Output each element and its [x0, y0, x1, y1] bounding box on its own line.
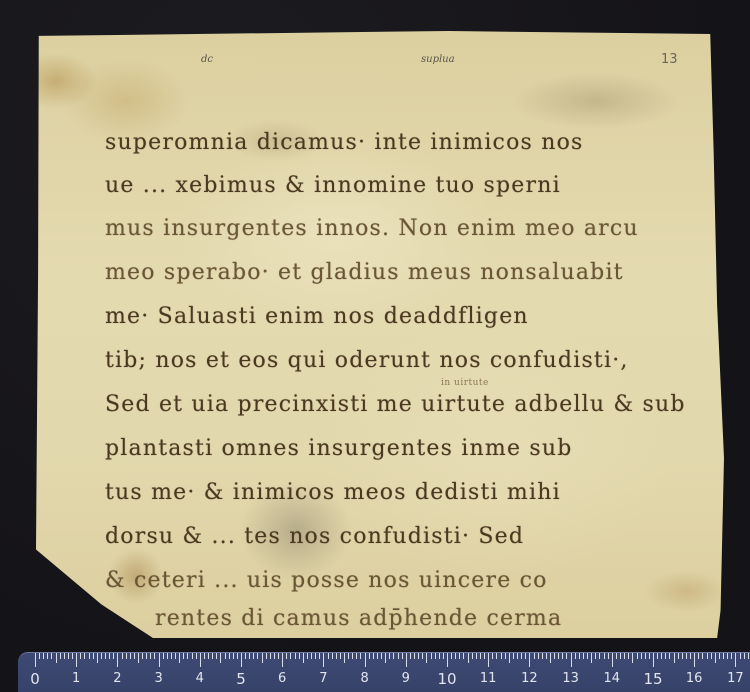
ruler-tick: [744, 653, 745, 659]
ruler-tick: [340, 653, 341, 659]
ruler-label: 17: [727, 671, 744, 686]
ruler-tick: [60, 653, 61, 659]
ruler-tick: [719, 653, 720, 659]
ruler-label: 0: [30, 670, 40, 688]
ruler-tick: [241, 653, 242, 667]
ruler-tick: [179, 653, 180, 663]
ruler-tick: [649, 653, 650, 659]
ruler-tick: [546, 653, 547, 659]
manuscript-line-9: tus me· & inimicos meos dedisti mihi: [105, 480, 561, 505]
ruler-tick: [748, 653, 749, 659]
manuscript-line-2: ue ... xebimus & innomine tuo sperni: [105, 173, 561, 198]
ruler-tick: [505, 653, 506, 659]
ruler-tick: [220, 653, 221, 663]
ruler-tick: [385, 653, 386, 663]
ruler-tick: [731, 653, 732, 659]
ruler-tick: [414, 653, 415, 659]
ruler-tick: [332, 653, 333, 659]
manuscript-line-10: dorsu & ... tes nos confudisti· Sed: [105, 524, 524, 549]
ruler-tick: [496, 653, 497, 659]
ruler-tick: [229, 653, 230, 659]
ruler-label: 6: [278, 671, 286, 686]
ruler-tick: [480, 653, 481, 659]
ruler-tick: [641, 653, 642, 659]
ruler-tick: [278, 653, 279, 659]
ruler-tick: [154, 653, 155, 659]
ruler-tick: [196, 653, 197, 659]
ruler-tick: [595, 653, 596, 659]
manuscript-line-1: superomnia dicamus· inte inimicos nos: [105, 130, 584, 155]
ruler-tick: [711, 653, 712, 659]
ruler-tick: [723, 653, 724, 659]
ruler-tick: [632, 653, 633, 663]
ruler-tick: [262, 653, 263, 663]
ruler-tick: [439, 653, 440, 659]
ruler-tick: [513, 653, 514, 659]
ruler-tick: [253, 653, 254, 659]
ruler-tick: [521, 653, 522, 659]
ruler-tick: [109, 653, 110, 659]
ruler-tick: [398, 653, 399, 659]
ruler-label: 14: [604, 671, 621, 686]
ruler-tick: [426, 653, 427, 663]
ruler-tick: [365, 653, 366, 667]
ruler-tick: [645, 653, 646, 659]
ruler-tick: [653, 653, 654, 667]
ruler-label: 3: [154, 671, 162, 686]
manuscript-line-3: mus insurgentes innos. Non enim meo arcu: [105, 216, 639, 241]
ruler-tick: [604, 653, 605, 659]
ruler-tick: [538, 653, 539, 659]
ruler-tick: [163, 653, 164, 659]
ruler-tick: [200, 653, 201, 667]
ruler-tick: [68, 653, 69, 659]
ruler-tick: [159, 653, 160, 667]
ruler-tick: [698, 653, 699, 659]
ruler-tick: [373, 653, 374, 659]
ruler-tick: [406, 653, 407, 667]
ruler-tick: [402, 653, 403, 659]
ruler-tick: [183, 653, 184, 659]
ruler-label: 8: [360, 671, 368, 686]
ruler-tick: [443, 653, 444, 659]
ruler-tick: [583, 653, 584, 659]
ruler-tick: [468, 653, 469, 663]
ruler-tick: [282, 653, 283, 667]
ruler-tick: [529, 653, 530, 667]
manuscript-line-4: meo sperabo· et gladius meus nonsaluabit: [105, 260, 624, 285]
ruler-tick: [286, 653, 287, 659]
ruler-tick: [608, 653, 609, 659]
ruler-tick: [661, 653, 662, 659]
ruler-tick: [204, 653, 205, 659]
ruler-tick: [735, 653, 736, 667]
ruler-tick: [740, 653, 741, 659]
ruler-tick: [678, 653, 679, 659]
ruler-tick: [674, 653, 675, 663]
ruler-tick: [323, 653, 324, 667]
ruler-tick: [93, 653, 94, 659]
ruler-tick: [377, 653, 378, 659]
ruler-tick: [295, 653, 296, 659]
ruler-tick: [237, 653, 238, 659]
ruler-tick: [463, 653, 464, 659]
ruler-tick: [72, 653, 73, 659]
ruler-tick: [122, 653, 123, 659]
ruler-tick: [566, 653, 567, 659]
ruler-tick: [130, 653, 131, 659]
ruler-label: 12: [521, 671, 538, 686]
ruler-tick: [628, 653, 629, 659]
ruler-tick: [336, 653, 337, 659]
ruler-tick: [484, 653, 485, 659]
ruler-tick: [455, 653, 456, 659]
ruler-tick: [682, 653, 683, 659]
ruler-tick: [56, 653, 57, 663]
ruler-tick: [64, 653, 65, 659]
manuscript-line-5: me· Saluasti enim nos deaddfligen: [105, 304, 529, 329]
ruler-tick: [80, 653, 81, 659]
manuscript-line-11: & ceteri ... uis posse nos uincere co: [105, 568, 548, 593]
ruler-tick: [274, 653, 275, 659]
ruler-tick: [175, 653, 176, 659]
ruler-tick: [488, 653, 489, 667]
ruler-tick: [192, 653, 193, 659]
ruler-tick: [587, 653, 588, 659]
ruler-tick: [101, 653, 102, 659]
ruler-tick: [571, 653, 572, 667]
ruler-tick: [352, 653, 353, 659]
ruler-tick: [637, 653, 638, 659]
ruler-tick: [509, 653, 510, 663]
ruler-tick: [472, 653, 473, 659]
ruler-tick: [344, 653, 345, 663]
ruler-tick: [476, 653, 477, 659]
parchment-fragment: [36, 31, 724, 641]
ruler-tick: [208, 653, 209, 659]
ruler-label: 11: [480, 671, 497, 686]
ruler-tick: [369, 653, 370, 659]
ruler-tick: [447, 653, 448, 667]
ruler-tick: [534, 653, 535, 659]
ruler-tick: [686, 653, 687, 659]
scale-ruler: 01234567891011121314151617: [18, 652, 750, 692]
ruler-tick: [187, 653, 188, 659]
ruler-tick: [620, 653, 621, 659]
pencil-mark-center: suplua: [421, 54, 455, 65]
manuscript-line-8: plantasti omnes insurgentes inme sub: [105, 436, 573, 461]
ruler-tick: [266, 653, 267, 659]
ruler-tick: [459, 653, 460, 659]
ruler-tick: [360, 653, 361, 659]
ruler-tick: [167, 653, 168, 659]
ruler-tick: [389, 653, 390, 659]
ruler-tick: [150, 653, 151, 659]
ruler-tick: [542, 653, 543, 659]
ruler-tick: [435, 653, 436, 659]
ruler-tick: [126, 653, 127, 659]
ruler-tick: [290, 653, 291, 659]
ruler-tick: [562, 653, 563, 659]
ruler-tick: [97, 653, 98, 663]
ruler-tick: [328, 653, 329, 659]
ruler-tick: [51, 653, 52, 659]
ruler-label: 13: [562, 671, 579, 686]
ruler-tick: [270, 653, 271, 659]
ruler-tick: [702, 653, 703, 659]
manuscript-line-6: tib; nos et eos qui oderunt nos confudis…: [105, 348, 629, 373]
ruler-tick: [616, 653, 617, 659]
ruler-tick: [319, 653, 320, 659]
manuscript-line-12: rentes di camus adp̄hende cerma: [155, 606, 562, 631]
ruler-tick: [311, 653, 312, 659]
ruler-tick: [451, 653, 452, 659]
ruler-tick: [216, 653, 217, 659]
ruler-tick: [591, 653, 592, 663]
ruler-tick: [422, 653, 423, 659]
manuscript-line-7: Sed et uia precinxisti me uirtute adbell…: [105, 392, 686, 417]
ruler-tick: [431, 653, 432, 659]
ruler-tick: [138, 653, 139, 663]
ruler-tick: [381, 653, 382, 659]
ruler-tick: [624, 653, 625, 659]
ruler-tick: [257, 653, 258, 659]
ruler-tick: [105, 653, 106, 659]
ruler-tick: [694, 653, 695, 667]
ruler-tick: [307, 653, 308, 659]
ruler-tick: [299, 653, 300, 659]
ruler-tick: [418, 653, 419, 659]
ruler-tick: [525, 653, 526, 659]
ruler-tick: [517, 653, 518, 659]
ruler-label: 7: [319, 671, 327, 686]
ruler-tick: [134, 653, 135, 659]
ruler-label: 2: [113, 671, 121, 686]
ruler-label: 5: [236, 670, 246, 688]
ruler-label: 10: [437, 670, 456, 688]
ruler-tick: [599, 653, 600, 659]
ruler-tick: [113, 653, 114, 659]
ruler-tick: [303, 653, 304, 663]
ruler-tick: [84, 653, 85, 659]
ruler-tick: [348, 653, 349, 659]
ruler-tick: [315, 653, 316, 659]
ruler-label: 16: [686, 671, 703, 686]
folio-number: 13: [661, 52, 678, 67]
ruler-tick: [669, 653, 670, 659]
ruler-tick: [707, 653, 708, 659]
ruler-tick: [575, 653, 576, 659]
ruler-tick: [612, 653, 613, 667]
ruler-tick: [550, 653, 551, 663]
interlinear-gloss: in uirtute: [441, 378, 489, 388]
ruler-tick: [410, 653, 411, 659]
ruler-tick: [171, 653, 172, 659]
ruler-label: 4: [196, 671, 204, 686]
ruler-tick: [43, 653, 44, 659]
ruler-tick: [665, 653, 666, 659]
ruler-tick: [225, 653, 226, 659]
ruler-tick: [142, 653, 143, 659]
ruler-tick: [89, 653, 90, 659]
ruler-tick: [657, 653, 658, 659]
ruler-tick: [715, 653, 716, 663]
ruler-tick: [233, 653, 234, 659]
ruler-tick: [47, 653, 48, 659]
ruler-tick: [393, 653, 394, 659]
ruler-tick: [558, 653, 559, 659]
ruler-tick: [212, 653, 213, 659]
ruler-tick: [245, 653, 246, 659]
ruler-tick: [249, 653, 250, 659]
ruler-tick: [554, 653, 555, 659]
ruler-tick: [579, 653, 580, 659]
ruler-tick: [117, 653, 118, 667]
ruler-tick: [356, 653, 357, 659]
ruler-tick: [501, 653, 502, 659]
ruler-label: 9: [402, 671, 410, 686]
pencil-mark-left: dc: [201, 54, 213, 65]
ruler-tick: [76, 653, 77, 667]
ruler-tick: [35, 653, 36, 667]
ruler-label: 15: [643, 670, 662, 688]
ruler-tick: [492, 653, 493, 659]
ruler-tick: [39, 653, 40, 659]
ruler-label: 1: [72, 671, 80, 686]
ruler-tick: [690, 653, 691, 659]
ruler-tick: [727, 653, 728, 659]
ruler-tick: [146, 653, 147, 659]
